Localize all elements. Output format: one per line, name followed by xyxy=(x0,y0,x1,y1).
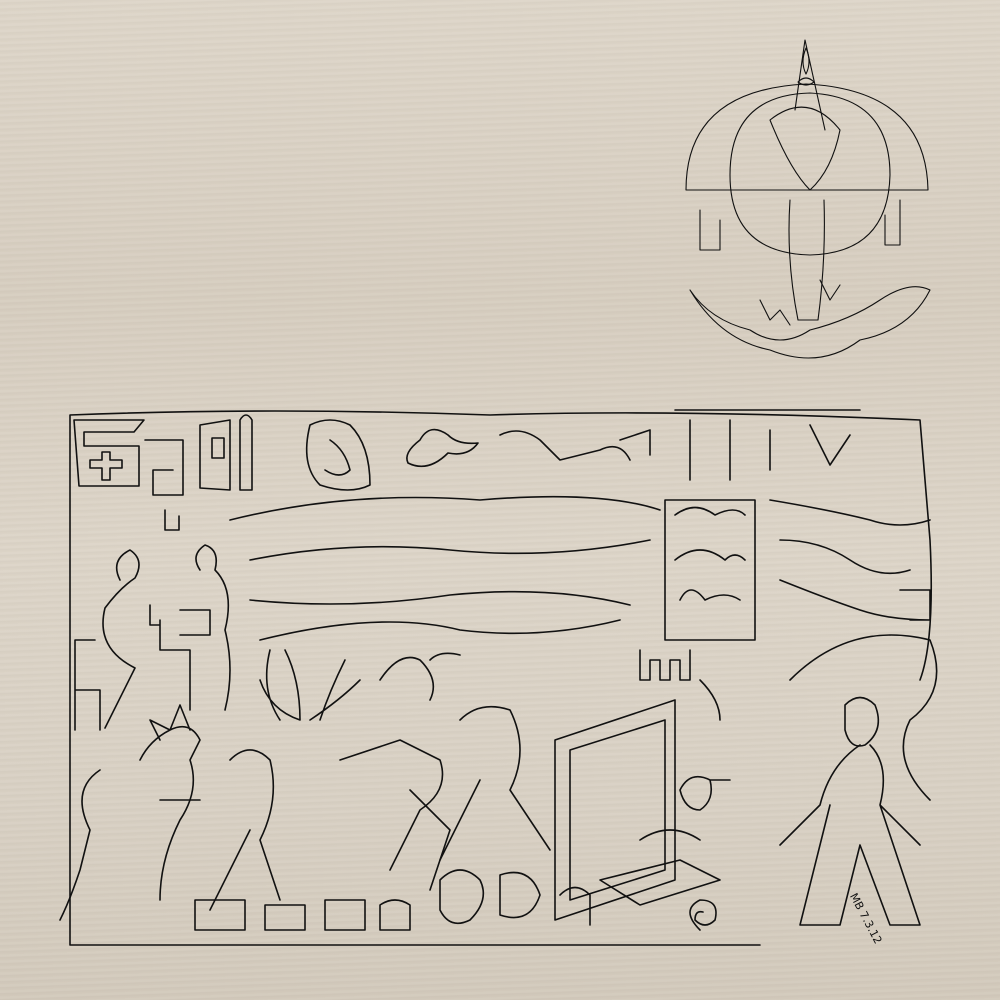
palm-trees xyxy=(260,650,460,720)
mural-outline xyxy=(70,411,931,945)
maze-glyph-panel xyxy=(74,415,252,530)
line-drawing xyxy=(0,0,1000,1000)
artwork-canvas: MB 7.3.12 xyxy=(0,0,1000,1000)
seated-figures xyxy=(75,545,230,730)
temple-arch-figure xyxy=(686,40,930,358)
action-figures xyxy=(340,707,550,890)
man-with-cup xyxy=(680,635,937,925)
dancing-figures xyxy=(60,705,280,920)
mural-main xyxy=(230,410,930,720)
